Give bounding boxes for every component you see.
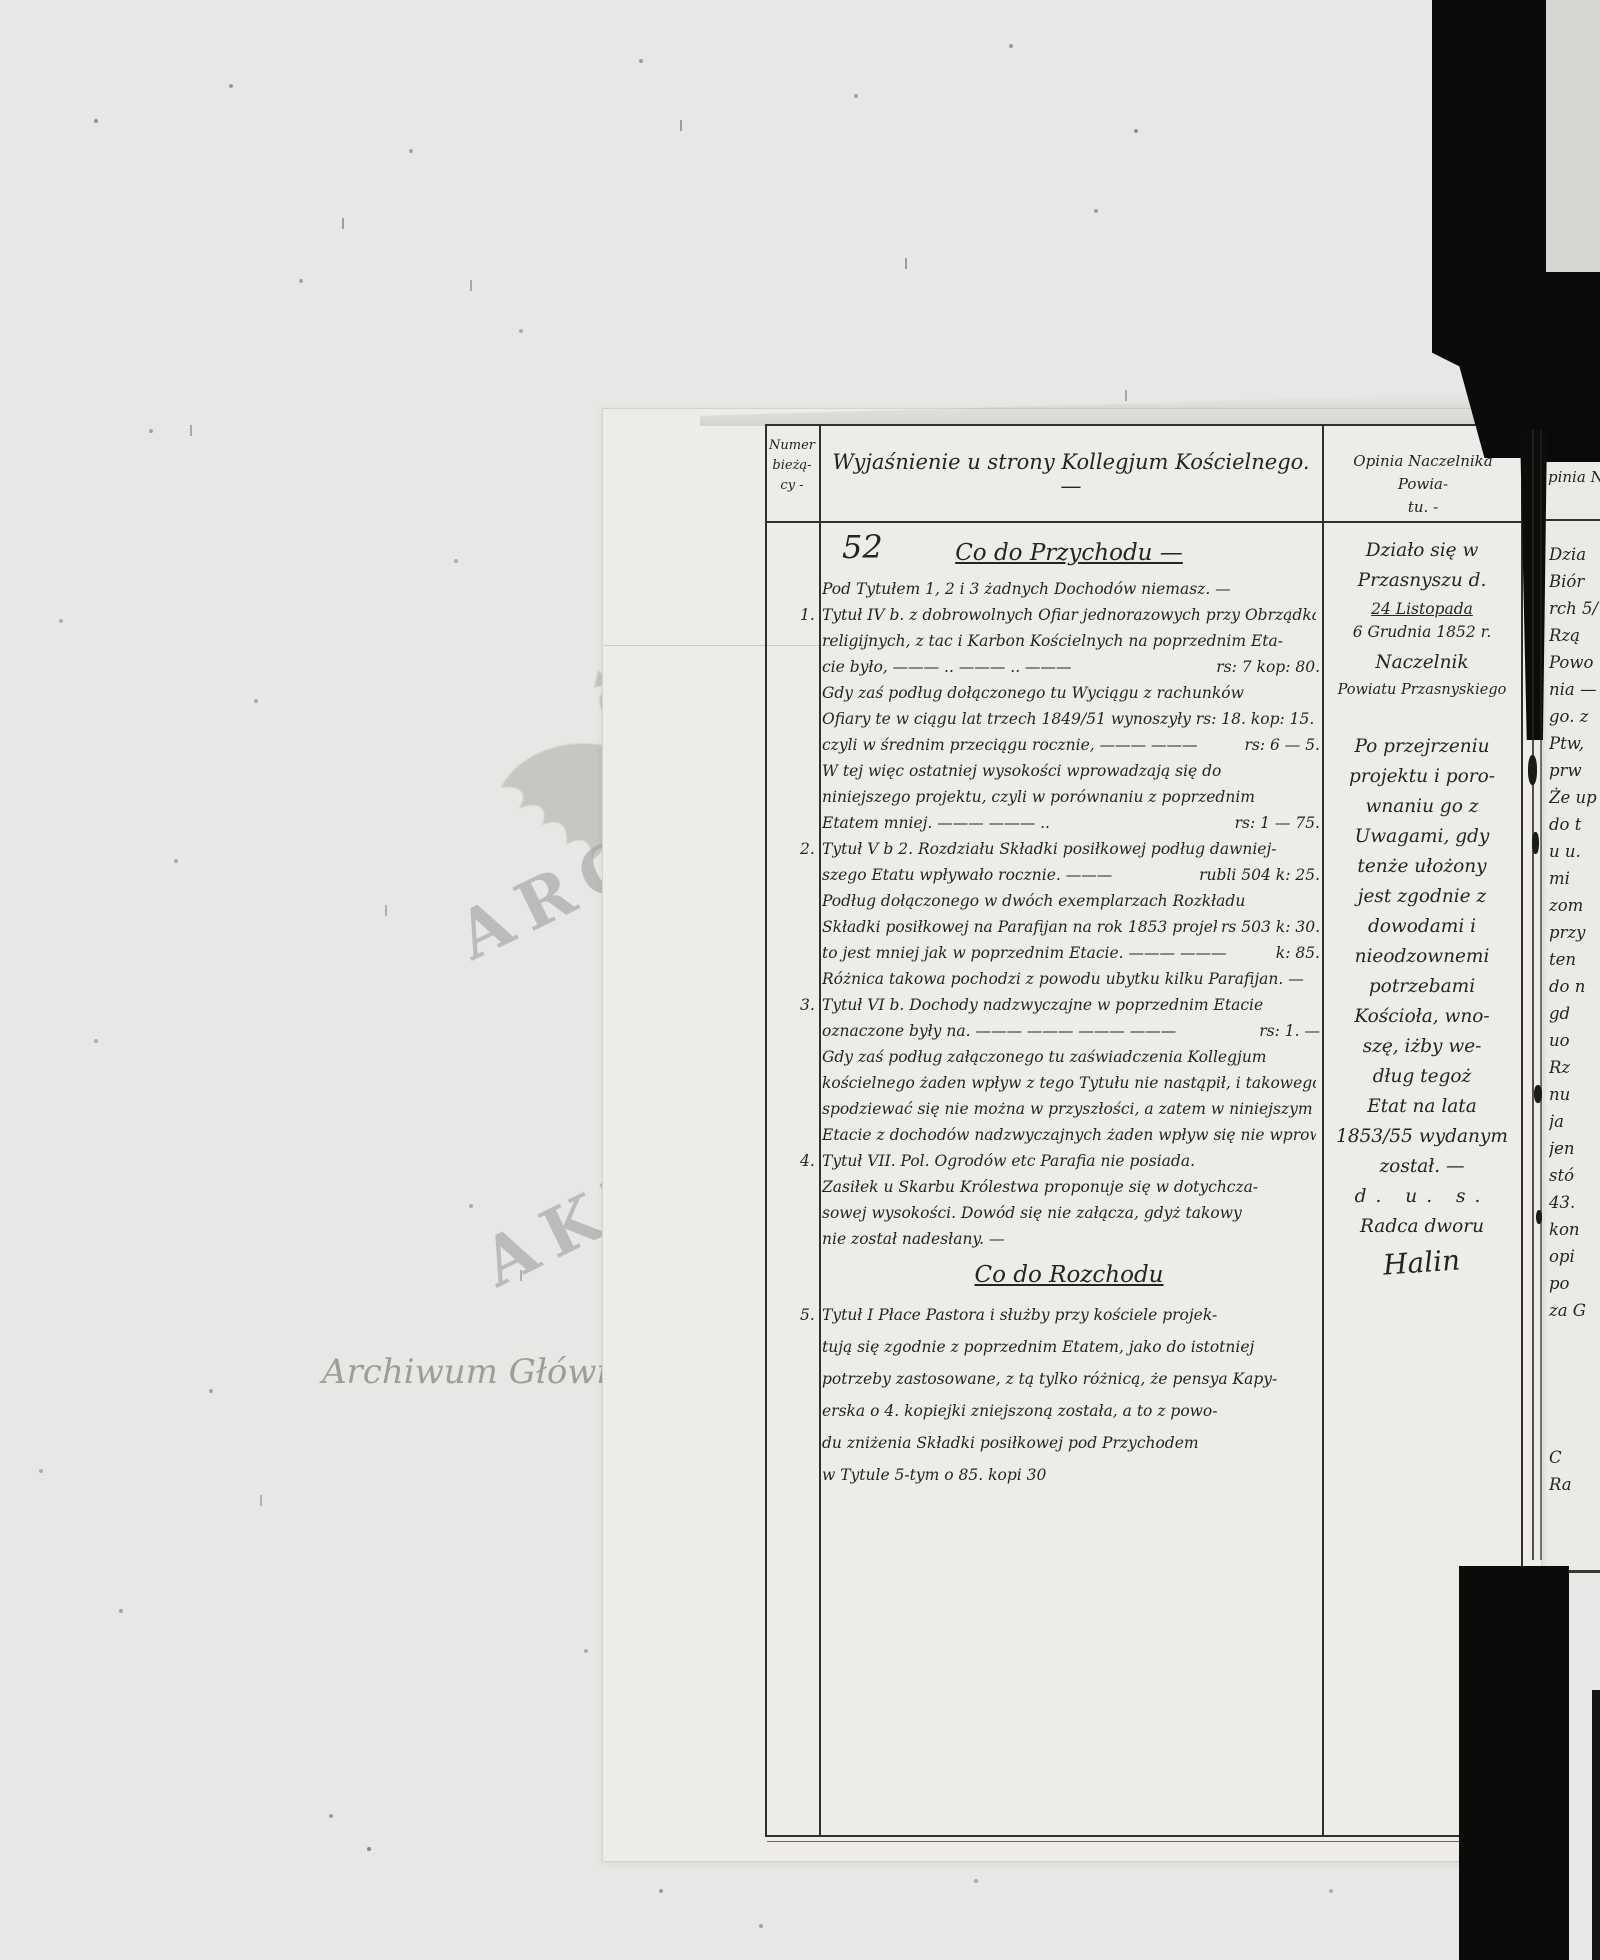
manuscript-line: sowej wysokości. Dowód się nie załącza, … <box>822 1204 1320 1230</box>
next-page-line: rch 5/7 <box>1549 599 1600 626</box>
manuscript-line-text: potrzeby zastosowane, z tą tylko różnicą… <box>822 1370 1277 1388</box>
manuscript-line: Co do Rozchodu <box>822 1262 1320 1306</box>
opinion-line: Powiatu Przasnyskiego <box>1326 682 1518 712</box>
column-header-numer-line: cy - <box>766 476 818 496</box>
item-number: 1. <box>800 606 815 624</box>
next-page-lower-text: CRa <box>1549 1448 1600 1502</box>
manuscript-line-text: Tytuł I Płace Pastora i służby przy kośc… <box>822 1306 1217 1324</box>
fold-ink-blob <box>1532 832 1539 854</box>
column-header-explanation: Wyjaśnienie u strony Kollegjum Kościelne… <box>822 450 1320 498</box>
next-page-line: Biór <box>1549 572 1600 599</box>
manuscript-line-text: Gdy zaś podług dołączonego tu Wyciągu z … <box>822 684 1244 702</box>
next-page-line: za G <box>1549 1301 1600 1328</box>
manuscript-line: cie było, ——— .. ——— .. ——— rs: 7 kop: 8… <box>822 658 1320 684</box>
manuscript-line-text: Etacie z dochodów nadzwyczajnych żaden w… <box>822 1126 1316 1144</box>
manuscript-line-text: spodziewać się nie można w przyszłości, … <box>822 1100 1313 1118</box>
next-page-line: nia — <box>1549 680 1600 707</box>
manuscript-line: Co do Przychodu — <box>822 538 1320 580</box>
film-gray-corner-strip <box>1546 0 1600 274</box>
manuscript-line: Etatem mniej. ——— ——— .. rs: 1 — 75. <box>822 814 1320 840</box>
manuscript-line-text: czyli w średnim przeciągu rocznie, ——— —… <box>822 736 1198 754</box>
amount-value: rs 503 k: 30. <box>1221 918 1320 936</box>
manuscript-line: Pod Tytułem 1, 2 i 3 żadnych Dochodów ni… <box>822 580 1320 606</box>
manuscript-line: 1. Tytuł IV b. z dobrowolnych Ofiar jedn… <box>822 606 1320 632</box>
manuscript-line-text: Pod Tytułem 1, 2 i 3 żadnych Dochodów ni… <box>822 580 1231 598</box>
manuscript-line: kościelnego żaden wpływ z tego Tytułu ni… <box>822 1074 1320 1100</box>
manuscript-line-text: niniejszego projektu, czyli w porównaniu… <box>822 788 1255 806</box>
opinion-line: Halin <box>1325 1239 1520 1298</box>
manuscript-line: Ofiary te w ciągu lat trzech 1849/51 wyn… <box>822 710 1320 736</box>
opinion-line: Przasnyszu d. <box>1326 570 1518 600</box>
manuscript-line-text: Składki posiłkowej na Parafijan na rok 1… <box>822 918 1217 936</box>
opinion-line: nieodzownemi <box>1326 946 1518 976</box>
manuscript-line-text: oznaczone były na. ——— ——— ——— ——— <box>822 1022 1176 1040</box>
next-page-line: nu <box>1549 1085 1600 1112</box>
next-page-line: Że up <box>1549 788 1600 815</box>
manuscript-line: 4. Tytuł VII. Pol. Ogrodów etc Parafia n… <box>822 1152 1320 1178</box>
amount-value: k: 85. <box>1276 944 1320 962</box>
fold-ink-blob <box>1536 1210 1542 1224</box>
manuscript-line: to jest mniej jak w poprzednim Etacie. —… <box>822 944 1320 970</box>
opinion-line: został. — <box>1326 1156 1518 1186</box>
column-header-opinion: Opinia Naczelnika Powia-tu. - <box>1326 450 1520 519</box>
manuscript-line-text: Co do Rozchodu <box>975 1262 1164 1288</box>
opinion-column-text: Działo się wPrzasnyszu d.24 Listopada6 G… <box>1326 540 1518 1292</box>
column-header-next-page: pinia N <box>1548 468 1600 486</box>
film-black-bar-top <box>1432 0 1546 458</box>
film-black-edge-bottom-right <box>1592 1690 1600 1960</box>
manuscript-line: Etacie z dochodów nadzwyczajnych żaden w… <box>822 1126 1320 1152</box>
next-page-line: C <box>1549 1448 1600 1475</box>
fold-ink-blob <box>1534 1085 1542 1103</box>
manuscript-line: W tej więc ostatniej wysokości wprowadza… <box>822 762 1320 788</box>
column-header-numer-line: bieżą- <box>766 456 818 476</box>
manuscript-line-text: to jest mniej jak w poprzednim Etacie. —… <box>822 944 1226 962</box>
manuscript-line-text: Tytuł IV b. z dobrowolnych Ofiar jednora… <box>822 606 1316 624</box>
fold-ink-blob <box>1528 755 1537 785</box>
opinion-line: wnaniu go z <box>1326 796 1518 826</box>
manuscript-line-text: erska o 4. kopiejki zniejszoną została, … <box>822 1402 1218 1420</box>
manuscript-line-text: Tytuł VI b. Dochody nadzwyczajne w poprz… <box>822 996 1263 1014</box>
opinion-line: projektu i poro- <box>1326 766 1518 796</box>
manuscript-line: Zasiłek u Skarbu Królestwa proponuje się… <box>822 1178 1320 1204</box>
opinion-line: szę, iżby we- <box>1326 1036 1518 1066</box>
film-black-bar-bottom <box>1459 1566 1569 1960</box>
manuscript-line-text: cie było, ——— .. ——— .. ——— <box>822 658 1072 676</box>
manuscript-line: Podług dołączonego w dwóch exemplarzach … <box>822 892 1320 918</box>
item-number: 5. <box>800 1306 815 1324</box>
opinion-line: Po przejrzeniu <box>1326 736 1518 766</box>
column-header-numer-line: Numer <box>766 436 818 456</box>
manuscript-line-text: W tej więc ostatniej wysokości wprowadza… <box>822 762 1221 780</box>
manuscript-line-text: Gdy zaś podług załączonego tu zaświadcze… <box>822 1048 1267 1066</box>
opinion-line: 6 Grudnia 1852 r. <box>1326 623 1518 646</box>
manuscript-line-text: szego Etatu wpływało rocznie. ——— <box>822 866 1112 884</box>
next-page-line: prw <box>1549 761 1600 788</box>
next-page-column-text: DziaBiórrch 5/7RząPowonia —go. zPtw,prwŻ… <box>1549 545 1600 1328</box>
manuscript-line-text: Co do Przychodu — <box>955 540 1183 566</box>
amount-value: rs: 6 — 5. <box>1244 736 1320 754</box>
manuscript-line-text: tują się zgodnie z poprzednim Etatem, ja… <box>822 1338 1254 1356</box>
opinion-line: d. u. s. <box>1326 1186 1518 1216</box>
manuscript-line-text: Etatem mniej. ——— ——— .. <box>822 814 1050 832</box>
next-page-line: jen <box>1549 1139 1600 1166</box>
opinion-line: 1853/55 wydanym <box>1326 1126 1518 1156</box>
column-header-opinion-line: tu. - <box>1326 496 1520 519</box>
item-number: 2. <box>800 840 815 858</box>
amount-value: rs: 1 — 75. <box>1235 814 1320 832</box>
next-page-line: zom <box>1549 896 1600 923</box>
manuscript-line-text: w Tytule 5-tym o 85. kopi 30 <box>822 1466 1046 1484</box>
next-page-line: Rz <box>1549 1058 1600 1085</box>
manuscript-line: Gdy zaś podług dołączonego tu Wyciągu z … <box>822 684 1320 710</box>
manuscript-line-text: Tytuł VII. Pol. Ogrodów etc Parafia nie … <box>822 1152 1195 1170</box>
manuscript-line: szego Etatu wpływało rocznie. ——— rubli … <box>822 866 1320 892</box>
next-page-line: mi <box>1549 869 1600 896</box>
next-page-line: stó <box>1549 1166 1600 1193</box>
next-page-line: gd <box>1549 1004 1600 1031</box>
manuscript-line-text: religijnych, z tac i Karbon Kościelnych … <box>822 632 1283 650</box>
manuscript-line-text: Ofiary te w ciągu lat trzech 1849/51 wyn… <box>822 710 1314 728</box>
opinion-line: Działo się w <box>1326 540 1518 570</box>
next-page-line: do t <box>1549 815 1600 842</box>
column-header-numer: Numerbieżą-cy - <box>766 436 818 496</box>
page-fold-line <box>1540 430 1542 1560</box>
opinion-line: dowodami i <box>1326 916 1518 946</box>
next-page-line: Ptw, <box>1549 734 1600 761</box>
opinion-line: potrzebami <box>1326 976 1518 1006</box>
manuscript-line: oznaczone były na. ——— ——— ——— ——— rs: 1… <box>822 1022 1320 1048</box>
manuscript-line-text: du zniżenia Składki posiłkowej pod Przyc… <box>822 1434 1199 1452</box>
next-page-line: przy <box>1549 923 1600 950</box>
manuscript-line: tują się zgodnie z poprzednim Etatem, ja… <box>822 1338 1320 1370</box>
amount-value: rubli 504 k: 25. <box>1199 866 1320 884</box>
next-page-line: uo <box>1549 1031 1600 1058</box>
manuscript-line-text: Zasiłek u Skarbu Królestwa proponuje się… <box>822 1178 1258 1196</box>
manuscript-line: Różnica takowa pochodzi z powodu ubytku … <box>822 970 1320 996</box>
opinion-line: 24 Listopada <box>1326 600 1518 623</box>
manuscript-line: niniejszego projektu, czyli w porównaniu… <box>822 788 1320 814</box>
manuscript-line: 3. Tytuł VI b. Dochody nadzwyczajne w po… <box>822 996 1320 1022</box>
next-page-line: Rzą <box>1549 626 1600 653</box>
next-page-line: u u. <box>1549 842 1600 869</box>
manuscript-line: potrzeby zastosowane, z tą tylko różnicą… <box>822 1370 1320 1402</box>
next-page-line: kon <box>1549 1220 1600 1247</box>
manuscript-line: spodziewać się nie można w przyszłości, … <box>822 1100 1320 1126</box>
manuscript-line: Składki posiłkowej na Parafijan na rok 1… <box>822 918 1320 944</box>
manuscript-line: du zniżenia Składki posiłkowej pod Przyc… <box>822 1434 1320 1466</box>
next-page-line: 43. <box>1549 1193 1600 1220</box>
manuscript-line-text: kościelnego żaden wpływ z tego Tytułu ni… <box>822 1074 1316 1092</box>
item-number: 4. <box>800 1152 815 1170</box>
next-page-line: do n <box>1549 977 1600 1004</box>
opinion-line: Kościoła, wno- <box>1326 1006 1518 1036</box>
manuscript-line-text: sowej wysokości. Dowód się nie załącza, … <box>822 1204 1242 1222</box>
opinion-line: dług tegoż <box>1326 1066 1518 1096</box>
manuscript-line-text: Tytuł V b 2. Rozdziału Składki posiłkowe… <box>822 840 1277 858</box>
manuscript-line: erska o 4. kopiejki zniejszoną została, … <box>822 1402 1320 1434</box>
manuscript-line: Gdy zaś podług załączonego tu zaświadcze… <box>822 1048 1320 1074</box>
film-black-patch-top-right <box>1546 272 1600 462</box>
film-scratch-marks <box>0 0 2 11</box>
next-page-line: ja <box>1549 1112 1600 1139</box>
manuscript-line: 5. Tytuł I Płace Pastora i służby przy k… <box>822 1306 1320 1338</box>
next-page-line: opi <box>1549 1247 1600 1274</box>
manuscript-line: w Tytule 5-tym o 85. kopi 30 <box>822 1466 1320 1498</box>
item-number: 3. <box>800 996 815 1014</box>
manuscript-line-text: Różnica takowa pochodzi z powodu ubytku … <box>822 970 1304 988</box>
opinion-line: Etat na lata <box>1326 1096 1518 1126</box>
manuscript-line: 2. Tytuł V b 2. Rozdziału Składki posiłk… <box>822 840 1320 866</box>
page-fold-line <box>1532 430 1534 1560</box>
opinion-line: tenże ułożony <box>1326 856 1518 886</box>
scanned-archive-document: ARCHIWUM AKT DAW Archiwum Główne Akt Daw… <box>0 0 1600 1960</box>
amount-value: rs: 1. — <box>1259 1022 1320 1040</box>
next-page-line: Dzia <box>1549 545 1600 572</box>
next-page-line: go. z <box>1549 707 1600 734</box>
next-page-line: Powo <box>1549 653 1600 680</box>
opinion-line <box>1326 712 1518 736</box>
amount-value: rs: 7 kop: 80. <box>1216 658 1320 676</box>
next-page-line: po <box>1549 1274 1600 1301</box>
opinion-line: Uwagami, gdy <box>1326 826 1518 856</box>
next-page-line: Ra <box>1549 1475 1600 1502</box>
opinion-line: Naczelnik <box>1326 652 1518 682</box>
manuscript-line: nie został nadesłany. — <box>822 1230 1320 1256</box>
opinion-line: jest zgodnie z <box>1326 886 1518 916</box>
next-page-line: ten <box>1549 950 1600 977</box>
manuscript-line: religijnych, z tac i Karbon Kościelnych … <box>822 632 1320 658</box>
manuscript-line-text: nie został nadesłany. — <box>822 1230 1005 1248</box>
explanation-column-text: Co do Przychodu — Pod Tytułem 1, 2 i 3 ż… <box>822 538 1320 1498</box>
manuscript-line: czyli w średnim przeciągu rocznie, ——— —… <box>822 736 1320 762</box>
manuscript-line-text: Podług dołączonego w dwóch exemplarzach … <box>822 892 1245 910</box>
